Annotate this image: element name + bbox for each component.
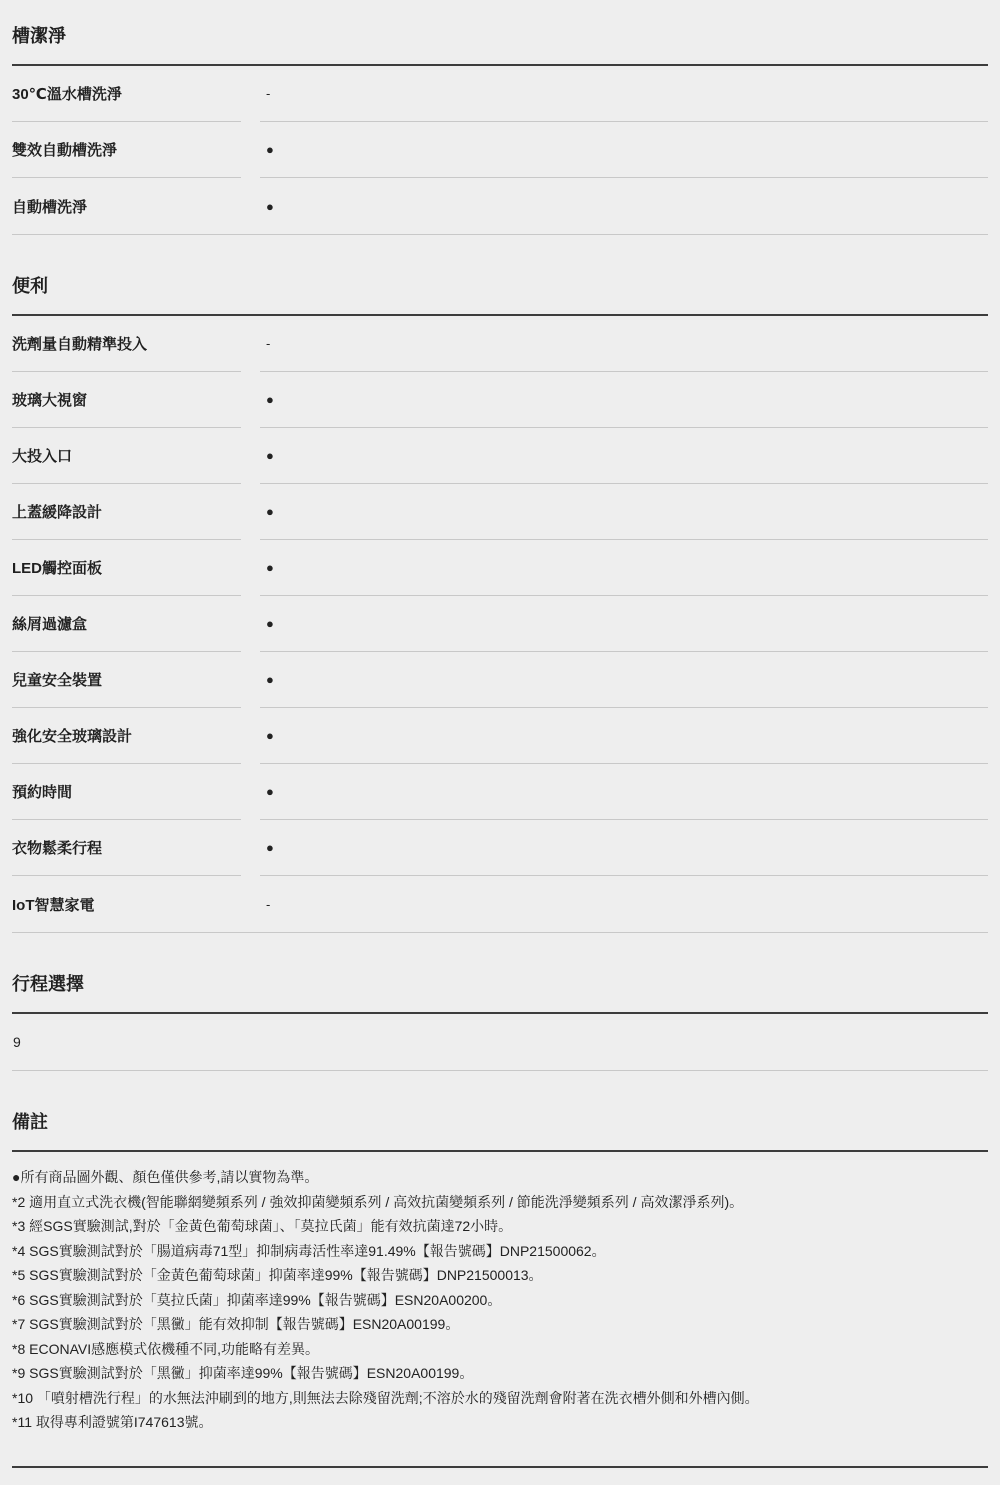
spec-label: 雙效自動槽洗淨 <box>12 122 241 178</box>
note-line: *11 取得專利證號第I747613號。 <box>12 1410 988 1435</box>
spec-label: 大投入口 <box>12 428 241 484</box>
spec-value: - <box>260 876 988 932</box>
spec-label: LED觸控面板 <box>12 540 241 596</box>
section-program-selection: 行程選擇 9 <box>12 933 988 1071</box>
spec-label: 洗劑量自動精準投入 <box>12 316 241 372</box>
spec-value: ● <box>260 764 988 820</box>
table-row: 絲屑過濾盒 ● <box>12 596 988 652</box>
note-line: *3 經SGS實驗測試,對於「金黃色葡萄球菌」、「莫拉氏菌」能有效抗菌達72小時… <box>12 1214 988 1239</box>
section-title-tub-cleaning: 槽潔淨 <box>12 0 988 66</box>
table-row: LED觸控面板 ● <box>12 540 988 596</box>
spec-label: 30℃溫水槽洗淨 <box>12 66 241 122</box>
spec-value: ● <box>260 652 988 708</box>
spec-label: 絲屑過濾盒 <box>12 596 241 652</box>
spec-value: ● <box>260 820 988 876</box>
table-row: 大投入口 ● <box>12 428 988 484</box>
table-row: 玻璃大視窗 ● <box>12 372 988 428</box>
spec-value: ● <box>260 708 988 764</box>
spec-label: IoT智慧家電 <box>12 876 241 932</box>
table-row: 自動槽洗淨 ● <box>12 178 988 235</box>
table-row: 9 <box>12 1014 988 1071</box>
spec-value: ● <box>260 484 988 540</box>
spec-page: 槽潔淨 30℃溫水槽洗淨 - 雙效自動槽洗淨 ● 自動槽洗淨 ● 便利 洗劑量自… <box>0 0 1000 1485</box>
note-line: *4 SGS實驗測試對於「腸道病毒71型」抑制病毒活性率達91.49%【報告號碼… <box>12 1239 988 1264</box>
spec-label: 自動槽洗淨 <box>12 178 241 234</box>
spec-value: ● <box>260 372 988 428</box>
spec-label: 強化安全玻璃設計 <box>12 708 241 764</box>
table-row: 洗劑量自動精準投入 - <box>12 316 988 372</box>
section-convenience: 便利 洗劑量自動精準投入 - 玻璃大視窗 ● 大投入口 ● 上蓋緩降設計 ● L… <box>12 235 988 933</box>
table-row: 上蓋緩降設計 ● <box>12 484 988 540</box>
section-title-convenience: 便利 <box>12 235 988 316</box>
note-line: *2 適用直立式洗衣機(智能聯網變頻系列 / 強效抑菌變頻系列 / 高效抗菌變頻… <box>12 1190 988 1215</box>
table-row: 衣物鬆柔行程 ● <box>12 820 988 876</box>
spec-value: ● <box>260 428 988 484</box>
section-title-notes: 備註 <box>12 1071 988 1152</box>
table-row: IoT智慧家電 - <box>12 876 988 933</box>
spec-value: ● <box>260 540 988 596</box>
spec-label: 衣物鬆柔行程 <box>12 820 241 876</box>
section-tub-cleaning: 槽潔淨 30℃溫水槽洗淨 - 雙效自動槽洗淨 ● 自動槽洗淨 ● <box>12 0 988 235</box>
spec-value: ● <box>260 122 988 178</box>
note-line: *5 SGS實驗測試對於「金黃色葡萄球菌」抑菌率達99%【報告號碼】DNP215… <box>12 1263 988 1288</box>
spec-value: - <box>260 66 988 122</box>
spec-value: ● <box>260 596 988 652</box>
notes-list: ●所有商品圖外觀、顏色僅供參考,請以實物為準。 *2 適用直立式洗衣機(智能聯網… <box>12 1152 988 1435</box>
spec-label: 預約時間 <box>12 764 241 820</box>
note-line: *8 ECONAVI感應模式依機種不同,功能略有差異。 <box>12 1337 988 1362</box>
spec-value: ● <box>260 178 988 234</box>
spec-label: 上蓋緩降設計 <box>12 484 241 540</box>
note-line: *6 SGS實驗測試對於「莫拉氏菌」抑菌率達99%【報告號碼】ESN20A002… <box>12 1288 988 1313</box>
table-row: 預約時間 ● <box>12 764 988 820</box>
spec-label: 兒童安全裝置 <box>12 652 241 708</box>
note-line: ●所有商品圖外觀、顏色僅供參考,請以實物為準。 <box>12 1165 988 1190</box>
note-line: *10 「噴射槽洗行程」的水無法沖刷到的地方,則無法去除殘留洗劑;不溶於水的殘留… <box>12 1386 988 1411</box>
table-row: 兒童安全裝置 ● <box>12 652 988 708</box>
section-title-program-selection: 行程選擇 <box>12 933 988 1014</box>
table-row: 雙效自動槽洗淨 ● <box>12 122 988 178</box>
spec-label: 玻璃大視窗 <box>12 372 241 428</box>
table-row: 強化安全玻璃設計 ● <box>12 708 988 764</box>
section-notes: 備註 ●所有商品圖外觀、顏色僅供參考,請以實物為準。 *2 適用直立式洗衣機(智… <box>12 1071 988 1435</box>
note-line: *7 SGS實驗測試對於「黑黴」能有效抑制【報告號碼】ESN20A00199。 <box>12 1312 988 1337</box>
table-row: 30℃溫水槽洗淨 - <box>12 66 988 122</box>
note-line: *9 SGS實驗測試對於「黑黴」抑菌率達99%【報告號碼】ESN20A00199… <box>12 1361 988 1386</box>
bottom-divider <box>12 1466 988 1468</box>
spec-value: - <box>260 316 988 372</box>
program-count-value: 9 <box>12 1014 988 1070</box>
